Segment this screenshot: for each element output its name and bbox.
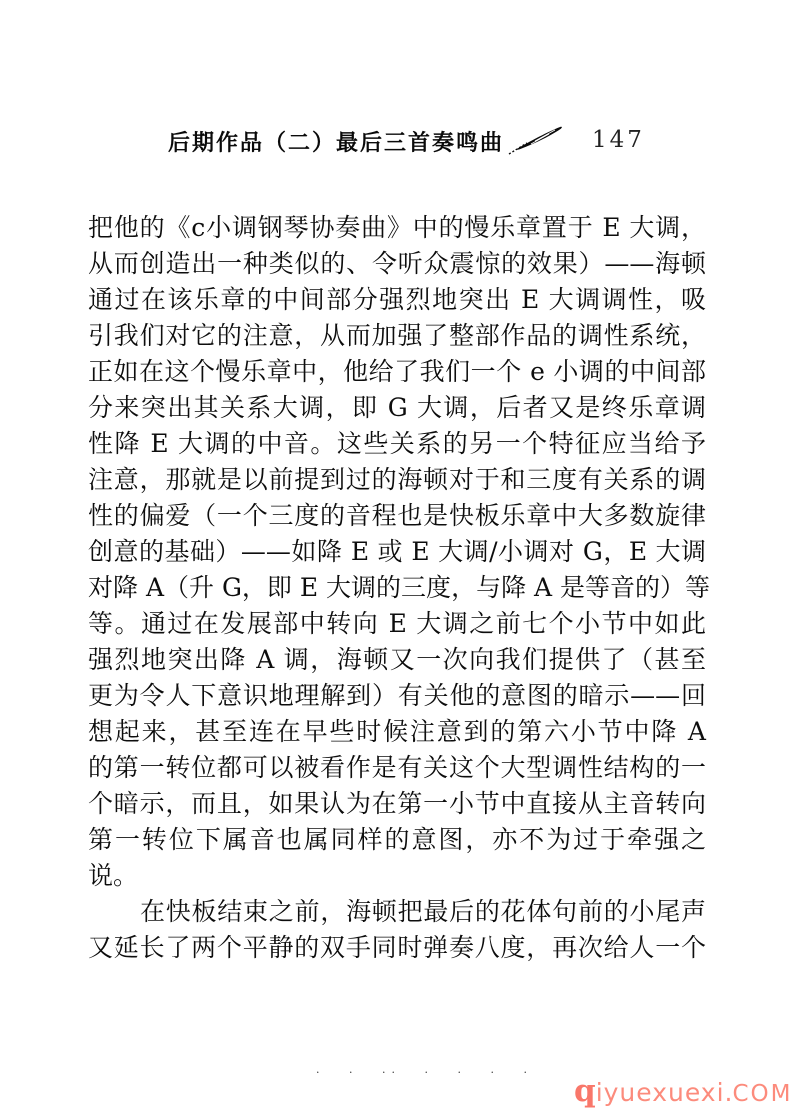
text-line: 的第一转位都可以被看作是有关这个大型调性结构的一 <box>88 750 706 786</box>
feather-icon <box>505 124 567 156</box>
text-line-paragraph-end: 说。 <box>88 858 706 894</box>
watermark-logo-q: q <box>574 1073 596 1109</box>
text-line: 强烈地突出降 A 调，海顿又一次向我们提供了（甚至 <box>88 642 706 678</box>
text-line: 性降 E 大调的中音。这些关系的另一个特征应当给予 <box>88 426 706 462</box>
text-line: 从而创造出一种类似的、令听众震惊的效果）——海顿 <box>88 246 706 282</box>
text-line: 注意，那就是以前提到过的海顿对于和三度有关系的调 <box>88 462 706 498</box>
scan-artifact-dots: · · ·· · · · · <box>316 1066 533 1079</box>
text-line: 把他的《c小调钢琴协奏曲》中的慢乐章置于 E 大调， <box>88 210 706 246</box>
text-line: 等。通过在发展部中转向 E 大调之前七个小节中如此 <box>88 606 706 642</box>
page-number: 147 <box>592 127 645 153</box>
text-line: 想起来，甚至连在早些时候注意到的第六小节中降 A <box>88 714 706 750</box>
chapter-title: 后期作品（二）最后三首奏鸣曲 <box>168 126 504 158</box>
text-line: 正如在这个慢乐章中，他给了我们一个 e 小调的中间部 <box>88 354 706 390</box>
text-line-paragraph-start: 在快板结束之前，海顿把最后的花体句前的小尾声 <box>88 894 706 930</box>
text-line: 性的偏爱（一个三度的音程也是快板乐章中大多数旋律 <box>88 498 706 534</box>
text-line: 引我们对它的注意，从而加强了整部作品的调性系统， <box>88 318 706 354</box>
watermark-dot: . <box>725 1078 733 1107</box>
watermark-tld: COM <box>733 1081 793 1107</box>
scanned-book-page: 后期作品（二）最后三首奏鸣曲 147 把他的《c小调钢琴协奏曲》中的慢乐章置于 … <box>0 0 794 1120</box>
text-line: 又延长了两个平静的双手同时弹奏八度，再次给人一个 <box>88 930 706 966</box>
text-line: 创意的基础）——如降 E 或 E 大调/小调对 G，E 大调 <box>88 534 706 570</box>
site-watermark: qiyuexuexi.COM <box>574 1076 793 1108</box>
text-line: 第一转位下属音也属同样的意图，亦不为过于牵强之 <box>88 822 706 858</box>
watermark-name: iyuexuexi <box>596 1078 725 1107</box>
text-line: 通过在该乐章的中间部分强烈地突出 E 大调调性，吸 <box>88 282 706 318</box>
text-line: 分来突出其关系大调，即 G 大调，后者又是终乐章调 <box>88 390 706 426</box>
text-line: 个暗示，而且，如果认为在第一小节中直接从主音转向 <box>88 786 706 822</box>
text-line: 更为令人下意识地理解到）有关他的意图的暗示——回 <box>88 678 706 714</box>
body-text: 把他的《c小调钢琴协奏曲》中的慢乐章置于 E 大调， 从而创造出一种类似的、令听… <box>88 210 706 966</box>
text-line: 对降 A（升 G，即 E 大调的三度，与降 A 是等音的）等 <box>88 570 706 606</box>
